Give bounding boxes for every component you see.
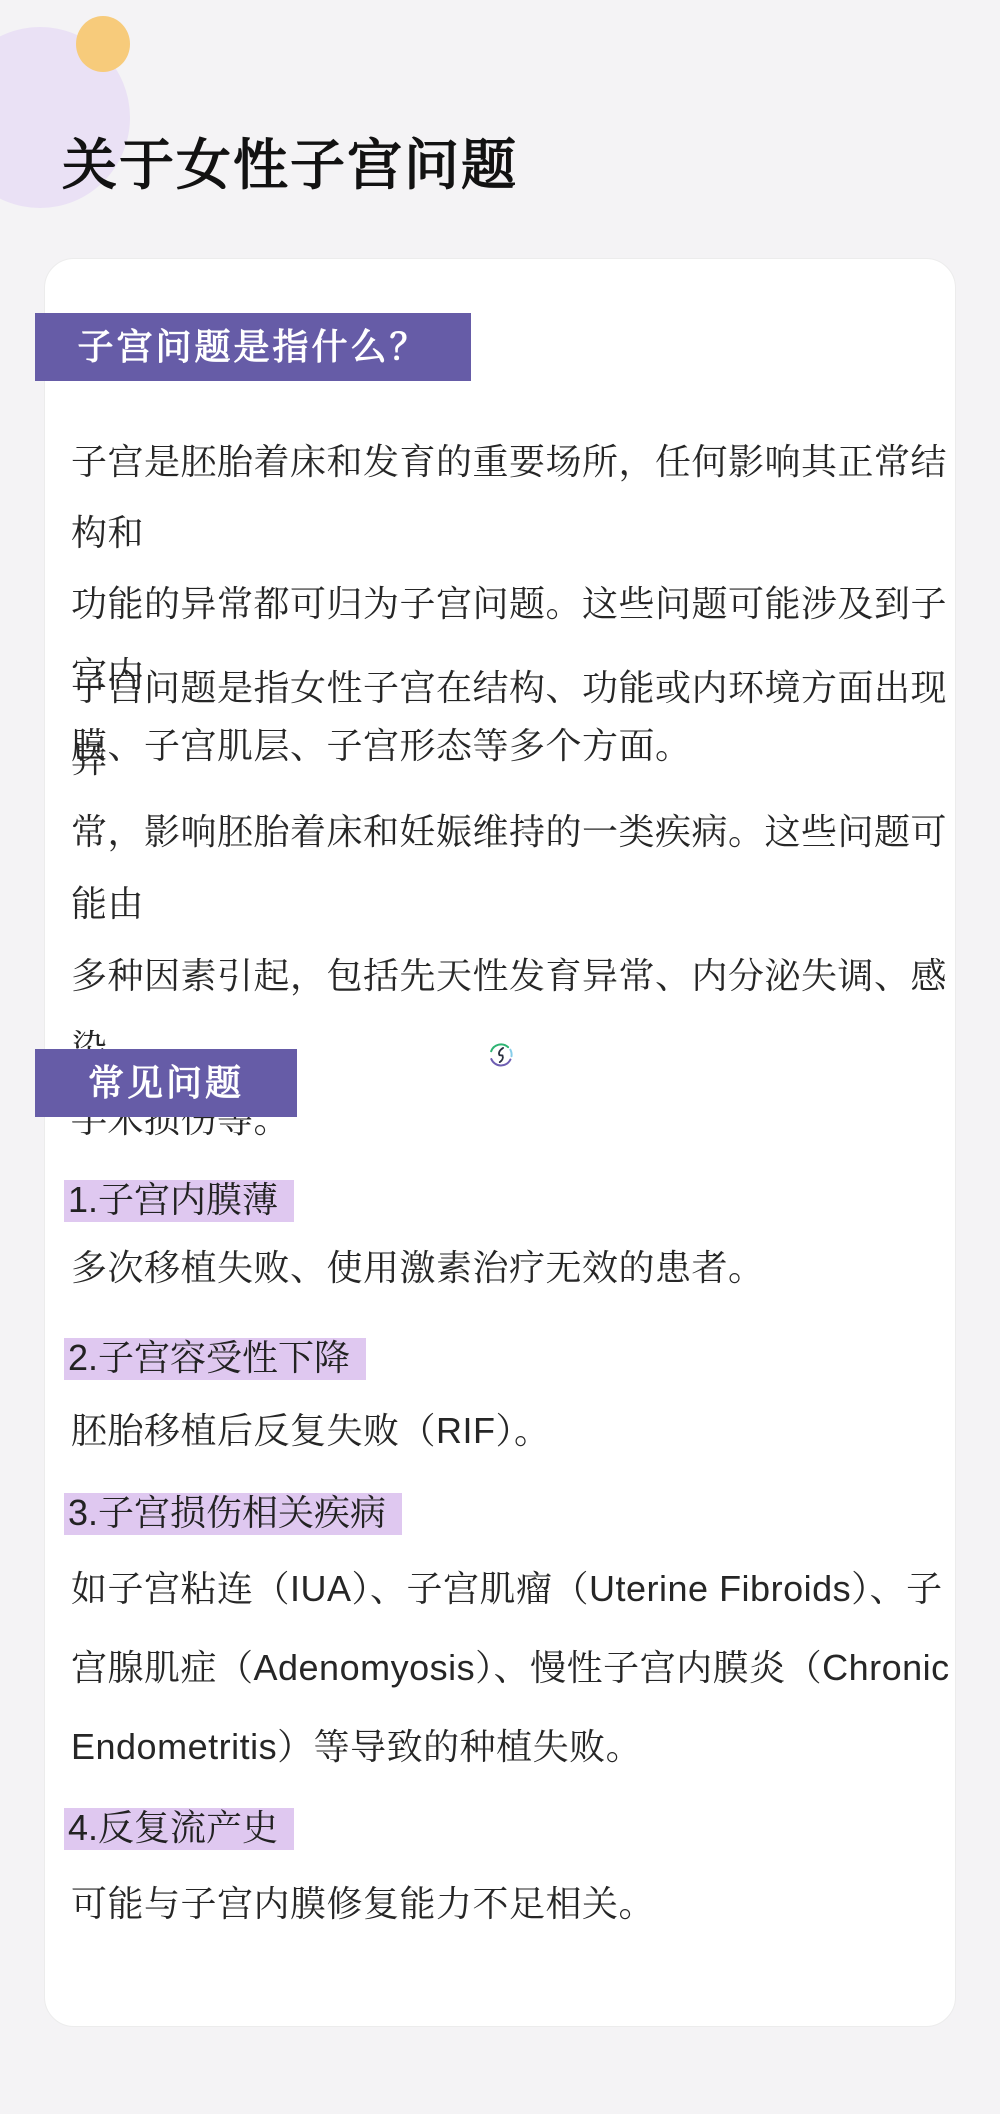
section-badge-common-problems: 常见问题 — [35, 1049, 297, 1117]
list-item-description: 多次移植失败、使用激素治疗无效的患者。 — [71, 1246, 951, 1290]
list-item-description: 可能与子宫内膜修复能力不足相关。 — [71, 1882, 951, 1926]
list-item-description: 如子宫粘连（IUA）、子宫肌瘤（Uterine Fibroids）、子 宫腺肌症… — [71, 1549, 951, 1786]
page-title: 关于女性子宫问题 — [62, 121, 518, 200]
list-item-heading: 2.子宫容受性下降 — [64, 1338, 366, 1380]
list-item-heading: 4.反复流产史 — [64, 1808, 294, 1850]
decor-circle-orange — [76, 16, 130, 72]
content-card: 子宫问题是指什么？ 子宫是胚胎着床和发育的重要场所，任何影响其正常结构和 功能的… — [44, 258, 956, 2027]
list-item-description: 胚胎移植后反复失败（RIF）。 — [71, 1409, 951, 1453]
list-item-heading: 3.子宫损伤相关疾病 — [64, 1493, 402, 1535]
section-badge-definition: 子宫问题是指什么？ — [35, 313, 471, 381]
clock-loading-icon — [486, 1040, 516, 1070]
infographic-page: { "page": { "title": "关于女性子宫问题", "backgr… — [0, 0, 1000, 2114]
list-item-heading: 1.子宫内膜薄 — [64, 1180, 294, 1222]
